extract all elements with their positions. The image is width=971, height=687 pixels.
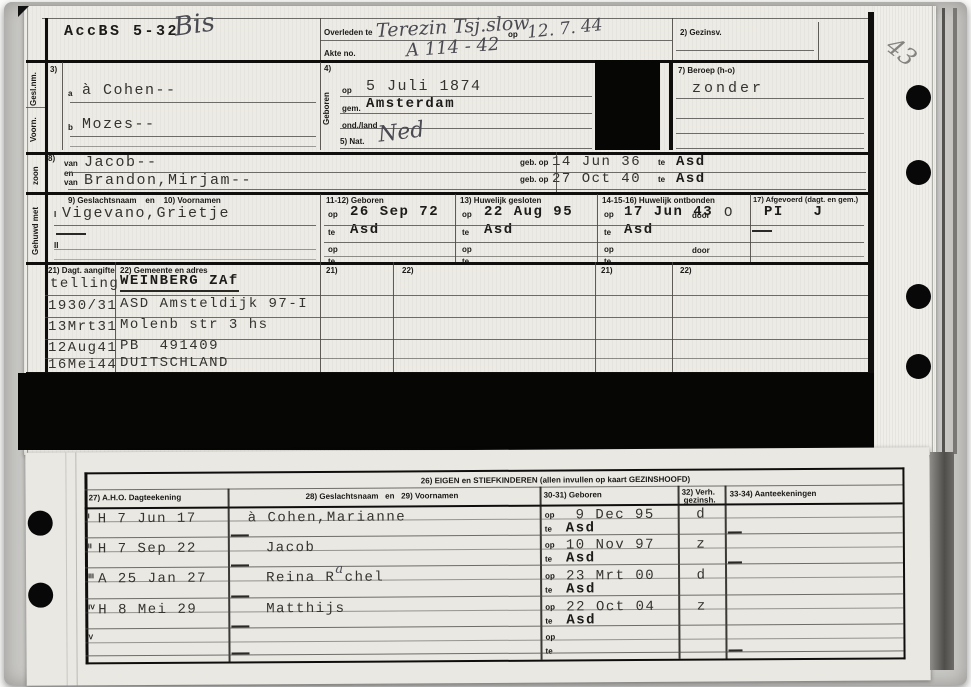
- spouse-birth-date: 26 Sep 72: [350, 204, 439, 220]
- scan-page: AccBS 5-32 Bis Overleden te Terezin Tsj.…: [0, 0, 971, 687]
- child-row-numeral: IV: [88, 604, 95, 612]
- section-divider: [26, 262, 876, 265]
- divider: [85, 532, 903, 538]
- child-name-part: Matthijs: [266, 601, 345, 617]
- child-row-name: Reina Rachel: [266, 570, 384, 587]
- child-name-part: à Cohen,Marianne: [248, 509, 407, 526]
- divider: [85, 607, 903, 613]
- child-row-entry: H 7 Jun 17: [98, 511, 197, 528]
- divider: [68, 172, 866, 173]
- sec8-number: 8): [48, 154, 55, 163]
- divider: [85, 502, 903, 509]
- op-label: op: [545, 603, 555, 612]
- divider: [54, 225, 316, 226]
- op-label: op: [604, 245, 614, 254]
- father-geb-date: 14 Jun 36: [552, 154, 641, 170]
- address-row-value: PB 491409: [120, 338, 219, 354]
- addr-col5-header: 21): [601, 266, 613, 275]
- child-born-place: Asd: [566, 520, 596, 536]
- divider: [672, 18, 673, 60]
- card-reference: AccBS 5-32: [64, 23, 179, 40]
- sec4-number: 4): [324, 64, 331, 73]
- col-header-dagteekening: 27) A.H.O. Dagteekening: [89, 493, 182, 503]
- side-label-voorn: Voorn.: [29, 112, 38, 148]
- divider: [86, 650, 904, 656]
- te-label: te: [658, 175, 665, 184]
- addr-col1-header: 21) Dagt. aangifte: [48, 266, 115, 275]
- en-label: en: [64, 169, 73, 178]
- divider: [340, 113, 592, 114]
- divider: [68, 189, 866, 190]
- blank-entry-dash: [231, 595, 249, 597]
- marriage-row1-numeral: I: [54, 210, 56, 219]
- punch-hole: [906, 284, 931, 309]
- divider: [340, 148, 592, 149]
- divider: [85, 593, 903, 599]
- col-header-naam: 28) Geslachtsnaam en 29) Voornamen: [306, 491, 459, 501]
- te-label: te: [328, 228, 335, 237]
- op-label: op: [328, 245, 338, 254]
- child-born-place: Asd: [566, 550, 596, 566]
- mother-geb-place: Asd: [676, 171, 706, 187]
- child-verh-value: d: [678, 506, 725, 522]
- corner-mark: [18, 6, 29, 17]
- divider: [324, 256, 864, 257]
- ontbonden-door-value: O: [724, 205, 734, 221]
- op-label: op: [342, 86, 352, 95]
- side-label-geslnm: Gesl.nm.: [29, 70, 38, 108]
- section-divider: [26, 60, 876, 63]
- reference-annotation-hand: Bis: [172, 7, 217, 42]
- row-a-label: a: [68, 89, 72, 98]
- te-label: te: [545, 586, 552, 595]
- op-label: op: [462, 210, 472, 219]
- registration-card: AccBS 5-32 Bis Overleden te Terezin Tsj.…: [24, 6, 936, 455]
- margin-page-number-hand: 43: [881, 32, 922, 73]
- divider: [750, 194, 751, 262]
- divider: [85, 562, 903, 568]
- divider: [320, 62, 321, 150]
- card-fold-line: [75, 452, 77, 685]
- door-label: door: [692, 246, 710, 255]
- child-row-numeral: II: [88, 543, 92, 551]
- page-edge-line: [953, 8, 957, 454]
- child-row-name: à Cohen,Marianne: [248, 509, 407, 526]
- divider: [320, 18, 321, 60]
- child-born-place: Asd: [566, 581, 596, 597]
- geb-op-label: geb. op: [520, 175, 548, 184]
- te-label: te: [658, 158, 665, 167]
- divider: [85, 516, 903, 522]
- te-label: te: [604, 228, 611, 237]
- divider: [669, 62, 673, 150]
- divider: [228, 489, 231, 662]
- address-row-date: 16Mei44: [48, 357, 117, 373]
- blank-entry-dash: [231, 564, 249, 566]
- surname-value: à Cohen--: [82, 82, 177, 99]
- blank-entry-dash: [232, 652, 250, 654]
- child-verh-value: z: [678, 598, 725, 614]
- addr-col6-header: 22): [680, 266, 692, 275]
- divider: [70, 146, 316, 147]
- child-born-place: Asd: [566, 612, 596, 628]
- divider: [676, 50, 814, 51]
- punch-hole: [906, 160, 931, 185]
- mother-name-value: Brandon,Mirjam--: [84, 172, 252, 189]
- divider: [85, 623, 903, 629]
- overleden-label: Overleden te: [324, 28, 372, 37]
- akte-no-label: Akte no.: [324, 49, 356, 58]
- van-label: van: [64, 178, 78, 187]
- side-label-zoon: zoon: [31, 163, 40, 189]
- blank-entry-dash: [56, 233, 86, 235]
- te-label: te: [545, 525, 552, 534]
- address-row-value: Molenb str 3 hs: [120, 317, 269, 333]
- divider: [818, 22, 819, 60]
- blank-entry-dash: [752, 230, 772, 232]
- redaction-block: [595, 60, 660, 150]
- addr-col4-header: 22): [402, 266, 414, 275]
- father-name-value: Jacob--: [84, 154, 158, 171]
- te-label: te: [545, 555, 552, 564]
- beroep-value: zonder: [692, 80, 764, 97]
- child-row-entry: H 8 Mei 29: [98, 602, 197, 619]
- child-name-part: Reina R: [266, 570, 335, 586]
- section-divider: [26, 192, 876, 195]
- child-row-numeral: III: [88, 573, 94, 581]
- op-label: op: [545, 572, 555, 581]
- marriage-name-header: 9) Geslachtsnaam en 10) Voornamen: [68, 196, 221, 205]
- redaction-bar: [18, 373, 920, 450]
- addr-col3-header: 21): [326, 266, 338, 275]
- divider: [26, 107, 45, 108]
- divider: [62, 62, 63, 150]
- divider: [597, 194, 598, 262]
- divider: [676, 148, 864, 149]
- row-b-label: b: [68, 123, 73, 132]
- blank-entry-dash: [231, 625, 249, 627]
- divider: [54, 259, 316, 260]
- beroep-label: 7) Beroep (h-o): [678, 66, 735, 75]
- address-row-date: telling: [50, 276, 119, 292]
- door-label: door: [692, 211, 710, 220]
- punch-hole: [906, 85, 931, 110]
- divider: [676, 118, 864, 119]
- afgevoerd-value: PI J: [764, 204, 823, 220]
- father-geb-place: Asd: [676, 154, 706, 170]
- op-label: op: [545, 541, 555, 550]
- address-row-value: DUITSCHLAND: [120, 355, 229, 371]
- te-label: te: [545, 617, 552, 626]
- child-row-numeral: I: [88, 513, 90, 521]
- op-label: op: [545, 633, 555, 642]
- divider: [85, 637, 903, 643]
- address-row-date: 12Aug41: [48, 340, 117, 356]
- divider: [540, 487, 543, 660]
- marriage-date: 22 Aug 95: [484, 204, 573, 220]
- handwritten-correction: a: [335, 562, 344, 577]
- divider: [70, 136, 316, 137]
- card-margin-strip: 43: [874, 6, 936, 455]
- te-label: te: [545, 647, 552, 656]
- child-row-entry: A 25 Jan 27: [98, 571, 207, 588]
- children-card: 26) EIGEN en STIEFKINDEREN (allen invull…: [25, 447, 930, 686]
- op-label: op: [508, 30, 518, 39]
- child-verh-value: z: [678, 536, 725, 552]
- col-header-geboren: 30-31) Geboren: [544, 490, 602, 500]
- op-label: op: [328, 210, 338, 219]
- child-row-numeral: V: [88, 634, 93, 642]
- blank-entry-dash: [728, 531, 742, 533]
- firstname-value: Mozes--: [82, 116, 156, 133]
- spouse-name-value: Vigevano,Grietje: [62, 205, 230, 222]
- blank-entry-dash: [729, 649, 743, 651]
- divider: [932, 6, 933, 455]
- nationality-hand: Ned: [377, 117, 426, 147]
- page-edge-shadow: [930, 452, 954, 670]
- gezinsv-label: 2) Gezinsv.: [680, 28, 722, 37]
- form-border: [86, 657, 906, 664]
- divider: [320, 194, 321, 262]
- side-label-gehuwd-met: Gehuwd met: [31, 204, 40, 258]
- divider: [85, 576, 903, 582]
- divider: [556, 152, 557, 192]
- op-label: op: [545, 511, 555, 520]
- blank-entry-dash: [231, 534, 249, 536]
- divider: [70, 102, 316, 103]
- address-row-date: 13Mrt31: [48, 319, 117, 335]
- child-row-name: Matthijs: [266, 601, 345, 617]
- sec3-number: 3): [50, 65, 57, 74]
- side-label-geboren: Geboren: [322, 78, 331, 140]
- punch-hole: [28, 583, 53, 608]
- geb-op-label: geb. op: [520, 158, 548, 167]
- nat-label: 5) Nat.: [340, 137, 364, 146]
- address-row-value: ASD Amsteldijk 97-I: [120, 296, 308, 312]
- overleden-date-hand: 12. 7. 44: [526, 15, 603, 43]
- divider: [324, 242, 864, 243]
- card-fold-line: [65, 453, 67, 686]
- op-label: op: [604, 210, 614, 219]
- child-verh-value: d: [678, 567, 725, 583]
- gem-label: gem.: [342, 104, 361, 113]
- child-name-part: Jacob: [266, 540, 316, 556]
- col-header-aanteekeningen: 33-34) Aanteekeningen: [730, 489, 817, 499]
- divider: [54, 249, 316, 250]
- divider: [324, 225, 864, 226]
- child-row-name: Jacob: [266, 540, 316, 556]
- divider: [676, 98, 864, 99]
- divider: [85, 546, 903, 552]
- child-name-part: chel: [345, 570, 385, 586]
- birth-date-value: 5 Juli 1874: [366, 78, 482, 95]
- divider: [676, 133, 864, 134]
- punch-hole: [906, 354, 931, 379]
- child-row-entry: H 7 Sep 22: [98, 541, 197, 558]
- divider: [455, 194, 456, 262]
- address-row-date: 1930/31: [48, 298, 117, 314]
- van-label: van: [64, 159, 78, 168]
- mother-geb-date: 27 Oct 40: [552, 171, 641, 187]
- address-row-value: WEINBERG ZAf: [120, 273, 239, 292]
- punch-hole: [28, 511, 53, 536]
- blank-entry-dash: [728, 561, 742, 563]
- op-label: op: [462, 245, 472, 254]
- birth-place-value: Amsterdam: [366, 96, 455, 112]
- te-label: te: [462, 228, 469, 237]
